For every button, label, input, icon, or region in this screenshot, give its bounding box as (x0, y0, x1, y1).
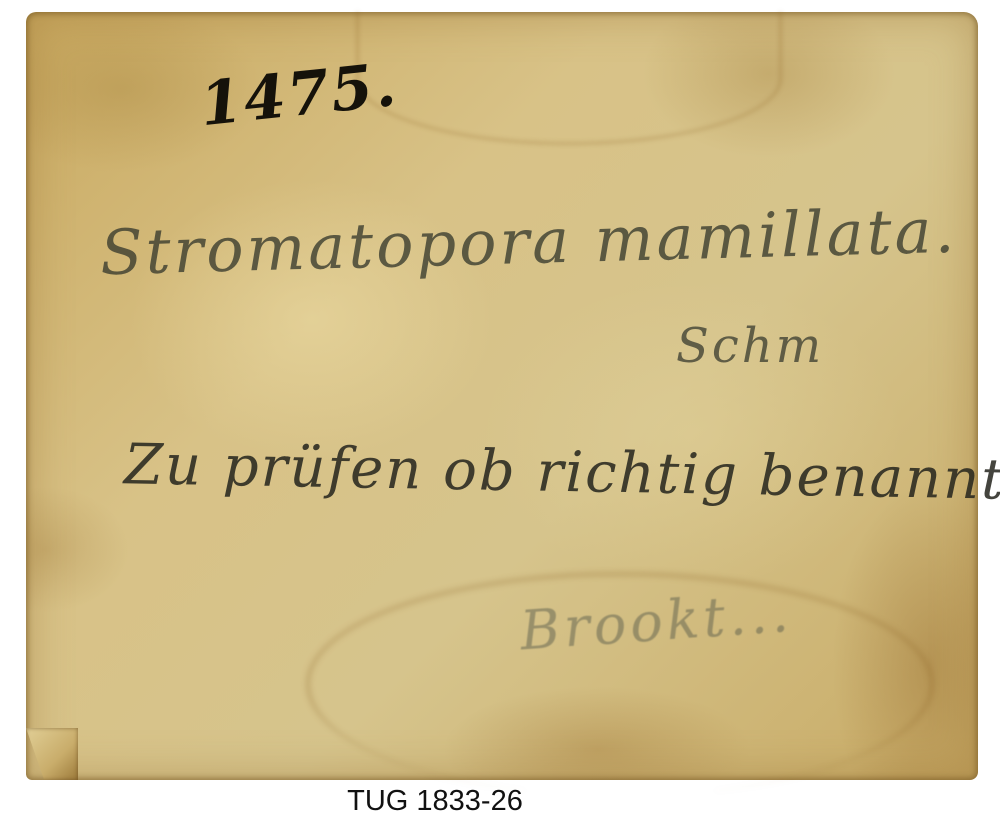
specimen-id-caption: TUG 1833-26 (0, 784, 1000, 818)
author-abbreviation: Schm (676, 318, 824, 374)
specimen-label-card (26, 12, 978, 780)
water-stain-top (356, 12, 782, 145)
